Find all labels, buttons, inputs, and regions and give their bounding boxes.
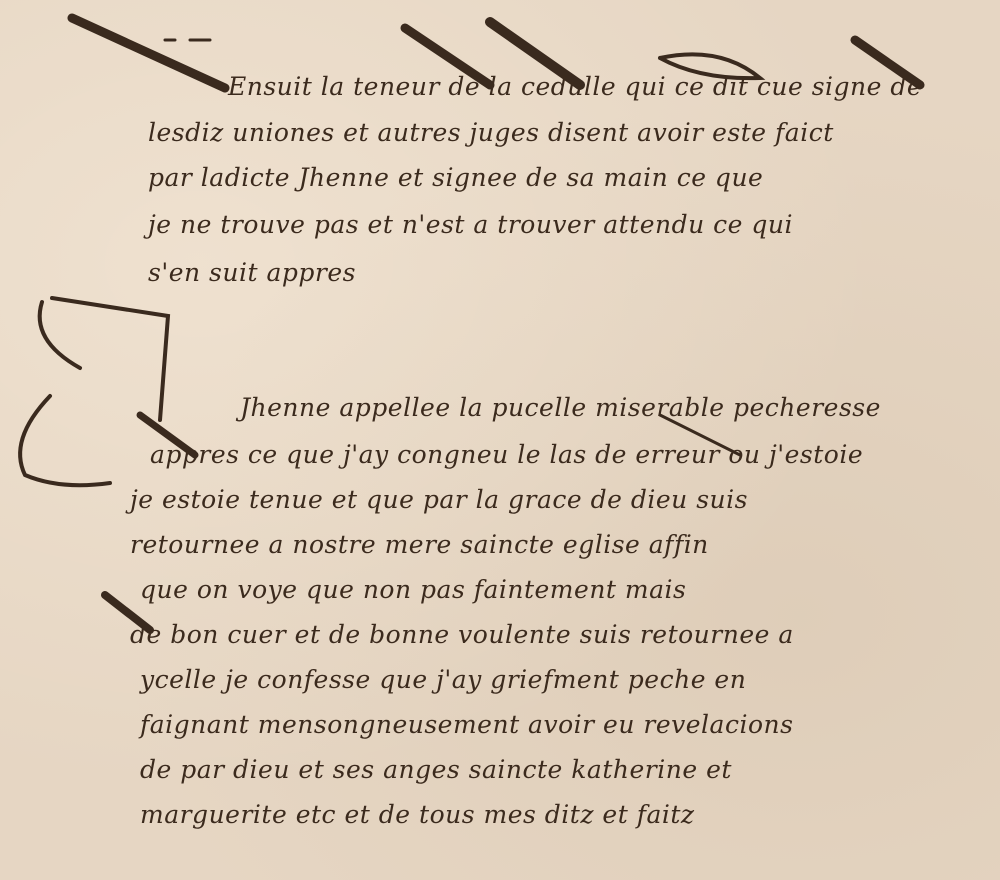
manuscript-page: Ensuit la teneur de la cedulle qui ce di… <box>0 0 1000 880</box>
manuscript-line: je estoie tenue et que par la grace de d… <box>130 485 748 514</box>
manuscript-line: lesdiz uniones et autres juges disent av… <box>148 118 834 147</box>
manuscript-line: de bon cuer et de bonne voulente suis re… <box>130 620 794 649</box>
manuscript-line: Jhenne appellee la pucelle miserable pec… <box>240 393 881 422</box>
manuscript-line: retournee a nostre mere saincte eglise a… <box>130 530 709 559</box>
manuscript-line: de par dieu et ses anges saincte katheri… <box>140 755 732 784</box>
manuscript-line: s'en suit appres <box>148 258 356 287</box>
manuscript-line: faignant mensongneusement avoir eu revel… <box>140 710 793 739</box>
manuscript-line: je ne trouve pas et n'est a trouver atte… <box>148 210 793 239</box>
manuscript-line: Ensuit la teneur de la cedulle qui ce di… <box>228 72 922 101</box>
manuscript-line: marguerite etc et de tous mes ditz et fa… <box>140 800 695 829</box>
manuscript-line: par ladicte Jhenne et signee de sa main … <box>148 163 763 192</box>
manuscript-line: ycelle je confesse que j'ay griefment pe… <box>140 665 746 694</box>
manuscript-line: que on voye que non pas faintement mais <box>140 575 686 604</box>
manuscript-line: appres ce que j'ay congneu le las de err… <box>150 440 863 469</box>
